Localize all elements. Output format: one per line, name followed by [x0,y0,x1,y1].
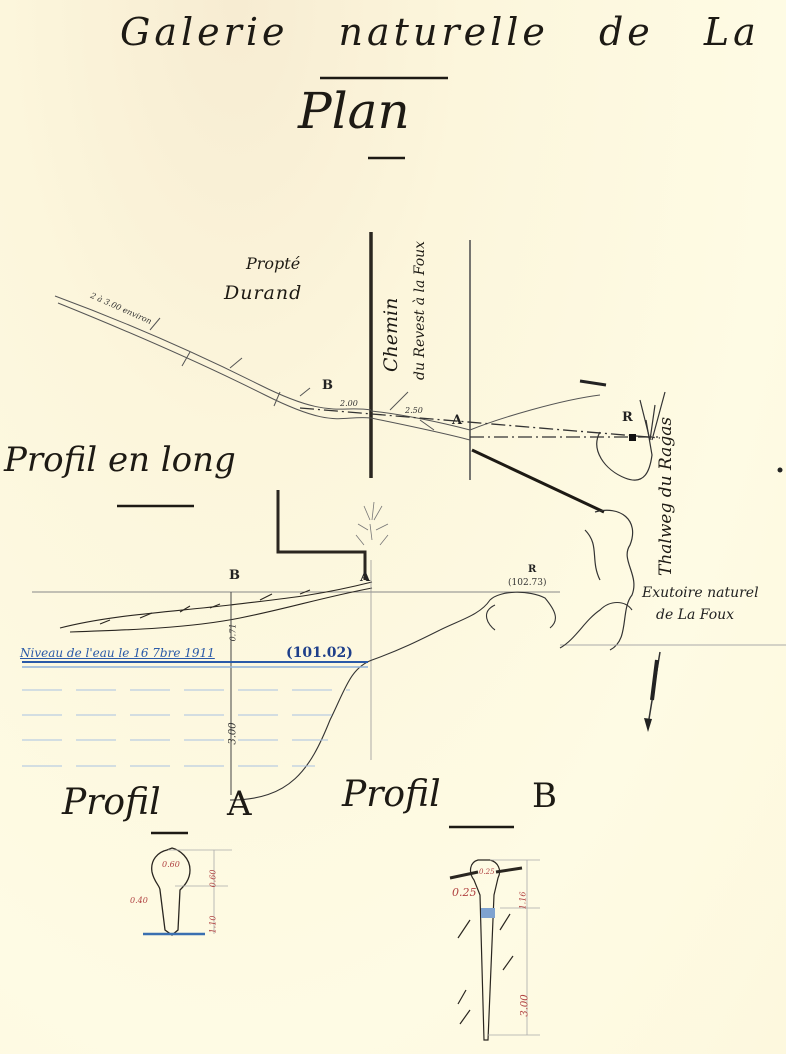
profil-b-height-bottom: 3.00 [520,994,531,1016]
profil-b-width-top: 0.25 [479,868,495,876]
thalweg-label: Thalweg du Ragas [656,417,676,576]
distance-b: 2.00 [340,399,358,408]
gallery-longitudinal [60,582,372,632]
depth-large: 3.00 [228,722,239,744]
point-r-marker [629,434,636,441]
r-elevation: (102.73) [508,578,547,588]
profil-b-heading: Profil [342,774,441,815]
profil-long-heading: Profil en long [4,440,236,480]
wall-line [472,450,604,512]
profil-b-width-mid: 0.25 [452,886,477,899]
profil-b-letter: B [532,776,557,816]
water-level-elevation: (101.02) [286,645,353,661]
north-arrow-icon [644,652,660,732]
rock-outcrop [440,592,632,648]
plan-point-r: R [622,410,633,425]
shaft-wall [278,490,365,580]
profile-point-b: B [229,568,240,583]
plan-point-a: A [452,413,462,428]
road-label: Chemin [380,298,402,372]
road-sublabel: du Revest à la Foux [412,241,428,380]
profil-a-width-top: 0.60 [162,860,180,869]
plan-point-b: B [322,378,333,393]
distance-a: 2.50 [405,406,423,415]
profil-a-width-mid: 0.40 [130,896,148,905]
property-owner: Durand [224,282,302,304]
plan-heading: Plan [298,82,410,140]
profil-a-letter: A [227,784,252,824]
cliff-outline-plan [585,392,665,650]
water-hatch [22,690,350,766]
shrub [356,502,388,545]
profil-b-height-top: 1.16 [518,892,527,910]
profil-b-water [481,908,495,918]
axis-line [300,408,660,438]
document-title: Galerie naturelle de La Foux [120,10,786,54]
outlet-label-line1: Exutoire naturel [642,585,759,601]
profile-point-a: A [360,570,370,585]
depth-small: 0.71 [228,624,237,642]
water-level-label: Niveau de l'eau le 16 7bre 1911 [20,646,215,660]
profil-a-heading: Profil [62,782,161,823]
outlet-label-line2: de La Foux [656,607,734,623]
arrow-mark [580,381,606,385]
dot-mark [778,468,783,473]
property-label: Propté [246,254,300,273]
profil-a-height-bottom: 1.10 [208,916,217,934]
profil-a-height-top: 0.60 [208,870,217,888]
profile-point-r: R [528,564,536,575]
